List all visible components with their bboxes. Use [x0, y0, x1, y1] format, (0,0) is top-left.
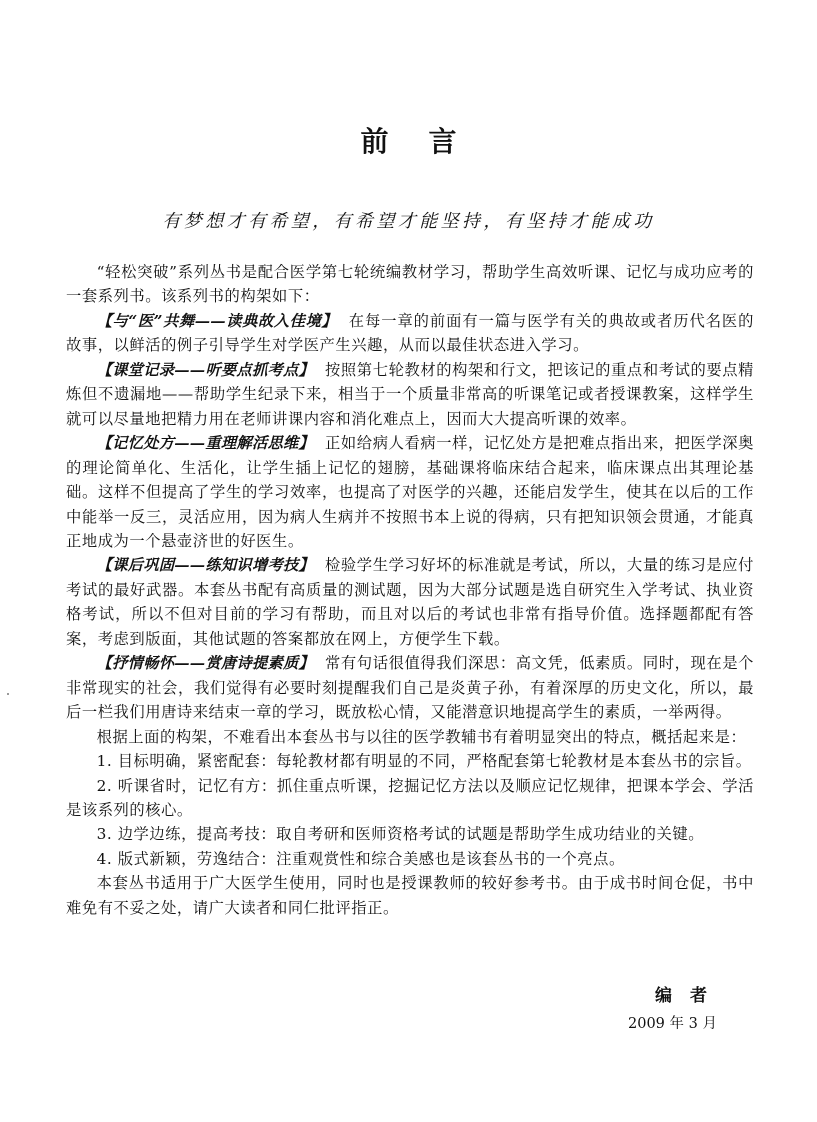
signature-char-2: 者	[690, 986, 707, 1006]
motto-subtitle: 有梦想才有希望，有希望才能坚持，有坚持才能成功	[0, 208, 817, 236]
signature: 编者	[636, 984, 726, 1008]
feature-item-3: 3. 边学边练，提高考技：取自考研和医师资格考试的试题是帮助学生成功结业的关键。	[66, 822, 754, 846]
features-intro: 根据上面的构架，不难看出本套丛书与以往的医学教辅书有着明显突出的特点，概括起来是…	[66, 725, 754, 749]
page-title: 前言	[0, 122, 817, 162]
section-heading: 【与“医”共舞——读典故入佳境】	[97, 312, 338, 330]
section-heading: 【课后巩固——练知识增考技】	[97, 556, 315, 574]
section-paragraph: 【课堂记录——听要点抓考点】 按照第七轮教材的构架和行文，把该记的重点和考试的要…	[66, 358, 754, 431]
section-heading: 【课堂记录——听要点抓考点】	[97, 361, 315, 379]
intro-paragraph: “轻松突破”系列丛书是配合医学第七轮统编教材学习，帮助学生高效听课、记忆与成功应…	[66, 260, 754, 309]
section-paragraph: 【与“医”共舞——读典故入佳境】 在每一章的前面有一篇与医学有关的典故或者历代名…	[66, 309, 754, 358]
section-heading: 【记忆处方——重理解活思维】	[97, 434, 315, 452]
section-paragraph: 【课后巩固——练知识增考技】 检验学生学习好坏的标准就是考试，所以，大量的练习是…	[66, 553, 754, 651]
section-paragraph: 【抒情畅怀——赏唐诗提素质】 常有句话很值得我们深思：高文凭，低素质。同时，现在…	[66, 651, 754, 724]
title-char-2: 言	[429, 122, 457, 162]
feature-item-4: 4. 版式新颖，劳逸结合：注重观赏性和综合美感也是该套丛书的一个亮点。	[66, 847, 754, 871]
document-page: 前言 有梦想才有希望，有希望才能坚持，有坚持才能成功 “轻松突破”系列丛书是配合…	[0, 0, 817, 1122]
preface-body: “轻松突破”系列丛书是配合医学第七轮统编教材学习，帮助学生高效听课、记忆与成功应…	[66, 260, 754, 920]
signature-char-1: 编	[655, 986, 672, 1006]
closing-paragraph: 本套丛书适用于广大医学生使用，同时也是授课教师的较好参考书。由于成书时间仓促，书…	[66, 871, 754, 920]
feature-item-1: 1. 目标明确，紧密配套：每轮教材都有明显的不同，严格配套第七轮教材是本套丛书的…	[66, 749, 754, 773]
section-paragraph: 【记忆处方——重理解活思维】 正如给病人看病一样，记忆处方是把难点指出来，把医学…	[66, 431, 754, 553]
date-line: 2009 年 3 月	[628, 1013, 748, 1035]
scan-margin-mark	[7, 693, 9, 695]
feature-item-2: 2. 听课省时，记忆有方：抓住重点听课，挖掘记忆方法以及顺应记忆规律，把课本学会…	[66, 774, 754, 823]
section-heading: 【抒情畅怀——赏唐诗提素质】	[97, 654, 315, 672]
title-char-1: 前	[360, 122, 388, 162]
